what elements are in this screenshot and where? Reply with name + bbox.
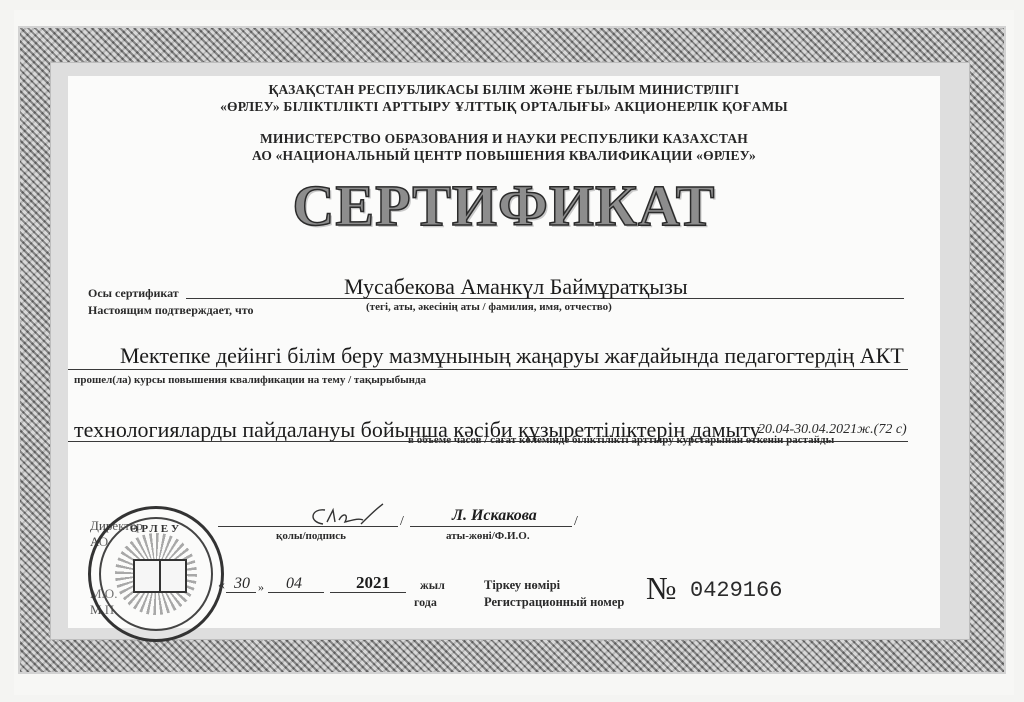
recipient-caption: (тегі, аты, әкесінің аты / фамилия, имя,… — [366, 301, 612, 313]
date-quote-close: » — [258, 580, 264, 595]
course-underline-1 — [68, 369, 908, 370]
recipient-label-kz: Осы сертификат — [88, 286, 179, 301]
course-caption-2: в объеме часов / сағат көлемінде білікті… — [408, 434, 834, 446]
recipient-label-ru: Настоящим подтверждает, что — [88, 303, 254, 318]
seal-text: ӨРЛЕУ — [91, 523, 221, 535]
header-ru-line-1: МИНИСТЕРСТВО ОБРАЗОВАНИЯ И НАУКИ РЕСПУБЛ… — [68, 131, 940, 147]
official-seal: ӨРЛЕУ — [88, 506, 224, 642]
header-kz-line-2: «ӨРЛЕУ» БІЛІКТІЛІКТІ АРТТЫРУ ҰЛТТЫҚ ОРТА… — [68, 99, 940, 115]
date-month-underline — [268, 592, 324, 593]
open-book-icon — [133, 559, 187, 593]
signature-caption: қолы/подпись — [276, 530, 346, 542]
registration-label-ru: Регистрационный номер — [484, 595, 624, 610]
year-label-ru: года — [414, 595, 437, 610]
registration-number: 0429166 — [690, 578, 782, 603]
number-sign: № — [646, 570, 677, 607]
course-caption-1: прошел(ла) курсы повышения квалификации … — [74, 374, 426, 386]
date-year-underline — [330, 592, 406, 593]
signature-slash-2: / — [574, 514, 578, 530]
course-topic-line-1: Мектепке дейінгі білім беру мазмұнының ж… — [120, 343, 904, 369]
header-ru-line-2: АО «НАЦИОНАЛЬНЫЙ ЦЕНТР ПОВЫШЕНИЯ КВАЛИФИ… — [68, 148, 940, 164]
signer-name: Л. Искакова — [452, 507, 537, 525]
year-label-kz: жыл — [420, 578, 445, 593]
date-month: 04 — [286, 575, 302, 593]
signer-underline — [410, 526, 572, 527]
header-kz-line-1: ҚАЗАҚСТАН РЕСПУБЛИКАСЫ БІЛІМ ЖӘНЕ ҒЫЛЫМ … — [68, 82, 940, 98]
handwritten-signature — [303, 502, 393, 532]
recipient-name: Мусабекова Аманкүл Баймұратқызы — [344, 274, 688, 300]
certificate-body: ҚАЗАҚСТАН РЕСПУБЛИКАСЫ БІЛІМ ЖӘНЕ ҒЫЛЫМ … — [68, 76, 940, 628]
signature-slash-1: / — [400, 514, 404, 530]
date-day-underline — [226, 592, 256, 593]
date-year: 2021 — [356, 573, 390, 593]
certificate-title: СЕРТИФИКАТ — [68, 172, 940, 239]
registration-label-kz: Тіркеу нөмірі — [484, 578, 560, 593]
signer-caption: аты-жөні/Ф.И.О. — [446, 530, 530, 542]
date-day: 30 — [234, 575, 250, 593]
